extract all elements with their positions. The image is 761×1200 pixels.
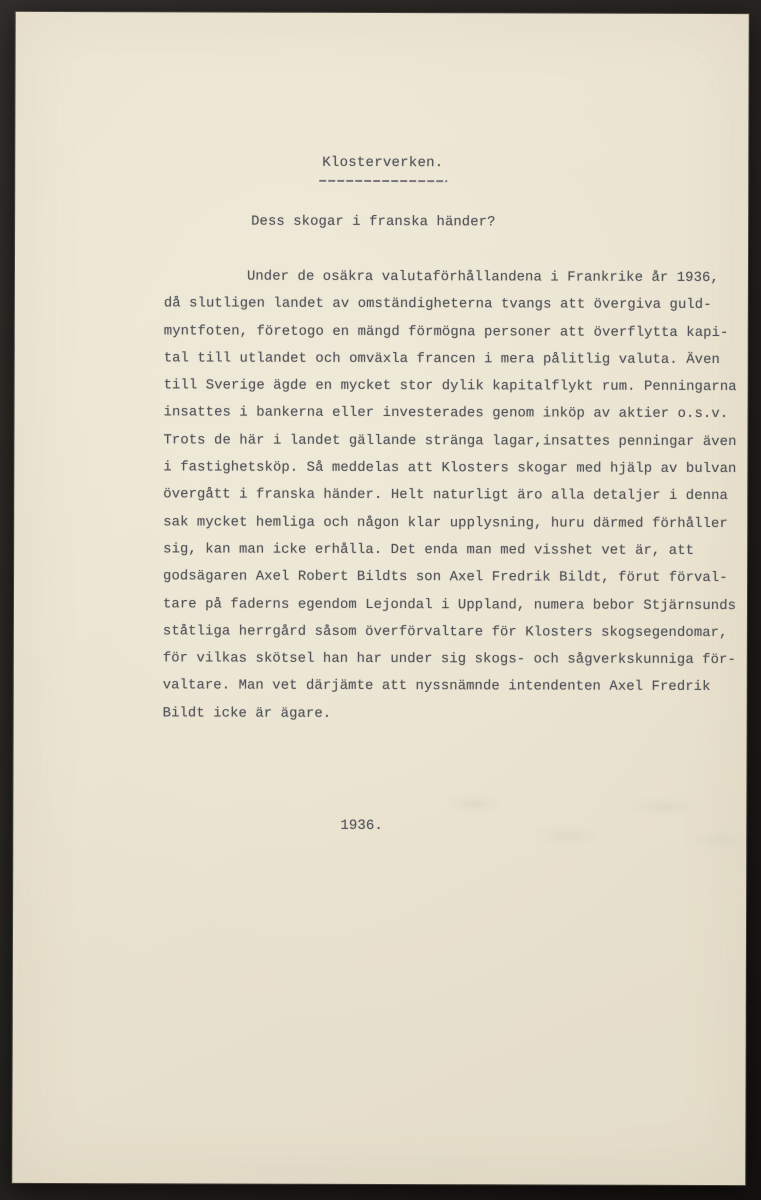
text-line: för vilkas skötsel han har under sig sko…	[163, 646, 738, 675]
text-line: valtare. Man vet därjämte att nyssnämnde…	[163, 673, 738, 702]
text-line: ståtliga herrgård såsom överförvaltare f…	[163, 618, 738, 647]
text-line: Under de osäkra valutaförhållandena i Fr…	[164, 263, 739, 292]
text-line: tare på faderns egendom Lejondal i Uppla…	[163, 591, 738, 620]
document-body: Under de osäkra valutaförhållandena i Fr…	[163, 263, 739, 729]
document-subtitle: Dess skogar i franska händer?	[251, 213, 495, 232]
text-line: då slutligen landet av omständigheterna …	[164, 291, 739, 320]
text-line: godsägaren Axel Robert Bildts son Axel F…	[163, 564, 738, 593]
text-line: övergått i franska händer. Helt naturlig…	[163, 482, 738, 511]
text-line: till Sverige ägde en mycket stor dylik k…	[164, 373, 739, 402]
text-line: Bildt icke är ägare.	[163, 700, 738, 729]
ghost-impression	[429, 770, 744, 876]
title-underline	[319, 180, 447, 182]
photo-background: { "document": { "title": "Klosterverken.…	[0, 0, 761, 1200]
document-date: 1936.	[340, 817, 383, 835]
text-line: sak mycket hemliga och någon klar upplys…	[163, 509, 738, 538]
document-title: Klosterverken.	[322, 155, 443, 171]
text-line: Trots de här i landet gällande stränga l…	[163, 427, 738, 456]
text-line: myntfoten, företogo en mängd förmögna pe…	[164, 318, 739, 347]
text-line: tal till utlandet och omväxla francen i …	[164, 345, 739, 374]
text-line: sig, kan man icke erhålla. Det enda man …	[163, 536, 738, 565]
text-line: i fastighetsköp. Så meddelas att Kloster…	[163, 454, 738, 483]
document-page: Klosterverken. Dess skogar i franska hän…	[12, 12, 748, 1185]
text-line: insattes i bankerna eller investerades g…	[164, 400, 739, 429]
